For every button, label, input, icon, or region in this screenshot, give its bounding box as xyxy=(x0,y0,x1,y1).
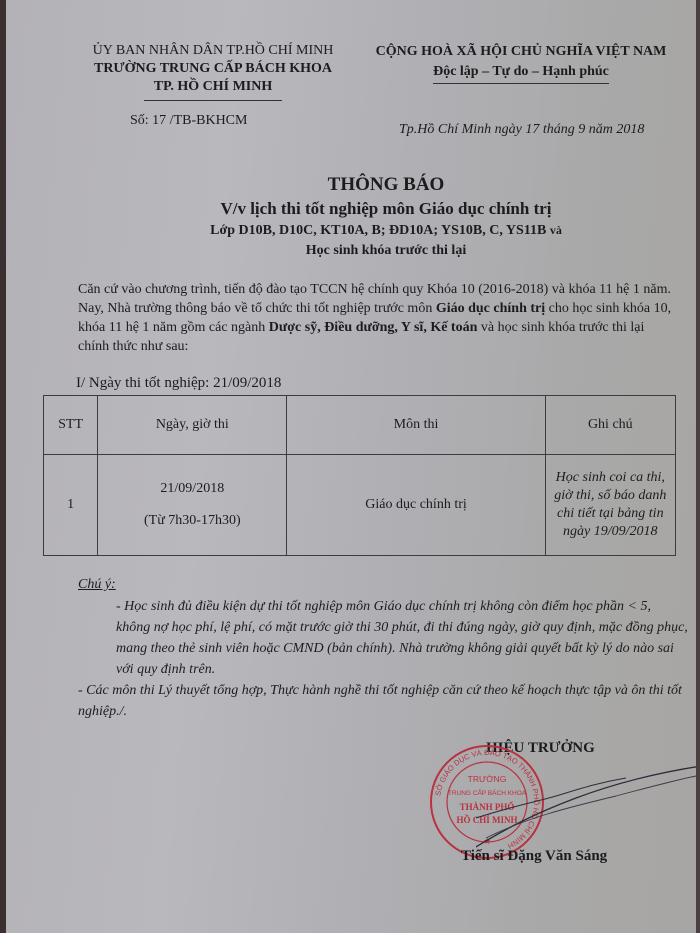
background-edge xyxy=(696,0,700,933)
notes-heading: Chú ý: xyxy=(78,577,116,593)
document-number: Số: 17 /TB-BKHCM xyxy=(130,113,247,129)
intro-paragraph: Căn cứ vào chương trình, tiến độ đào tạo… xyxy=(78,280,678,356)
header-stt: STT xyxy=(44,396,98,455)
exam-schedule-table: STT Ngày, giờ thi Môn thi Ghi chú 1 21/0… xyxy=(43,395,676,556)
notice-title-block: THÔNG BÁO V/v lịch thi tốt nghiệp môn Gi… xyxy=(156,172,616,261)
notice-students: Học sinh khóa trước thi lại xyxy=(156,241,616,261)
national-header: CỘNG HOÀ XÃ HỘI CHỦ NGHĨA VIỆT NAM Độc l… xyxy=(371,42,671,84)
header-subject: Môn thi xyxy=(287,396,545,455)
cell-stt: 1 xyxy=(44,455,98,556)
header-divider xyxy=(144,100,282,101)
national-motto: Độc lập – Tự do – Hạnh phúc xyxy=(433,62,609,84)
signer-name: Tiến sĩ Đặng Văn Sáng xyxy=(461,848,607,865)
place-date: Tp.Hồ Chí Minh ngày 17 tháng 9 năm 2018 xyxy=(399,122,644,138)
header-note: Ghi chú xyxy=(545,396,675,455)
table-row: 1 21/09/2018 (Từ 7h30-17h30) Giáo dục ch… xyxy=(44,455,676,556)
section-heading: I/ Ngày thi tốt nghiệp: 21/09/2018 xyxy=(76,375,281,392)
authority-name: ỦY BAN NHÂN DÂN TP.HỒ CHÍ MINH xyxy=(68,42,358,60)
document-page: ỦY BAN NHÂN DÂN TP.HỒ CHÍ MINH TRƯỜNG TR… xyxy=(6,0,696,933)
notice-title: THÔNG BÁO xyxy=(156,172,616,198)
exam-time: (Từ 7h30-17h30) xyxy=(99,511,285,531)
note-item: - Các môn thi Lý thuyết tổng hợp, Thực h… xyxy=(78,680,688,722)
notice-classes: Lớp D10B, D10C, KT10A, B; ĐD10A; YS10B, … xyxy=(156,220,616,241)
notice-subject: V/v lịch thi tốt nghiệp môn Giáo dục chí… xyxy=(156,198,616,220)
nation-name: CỘNG HOÀ XÃ HỘI CHỦ NGHĨA VIỆT NAM xyxy=(371,42,671,62)
notes-list: - Học sinh đủ điều kiện dự thi tốt nghiệ… xyxy=(78,596,688,722)
background-edge xyxy=(0,0,6,933)
note-item: - Học sinh đủ điều kiện dự thi tốt nghiệ… xyxy=(78,596,688,680)
exam-date: 21/09/2018 xyxy=(99,479,285,499)
cell-note: Học sinh coi ca thi, giờ thi, số báo dan… xyxy=(545,455,675,556)
table-header-row: STT Ngày, giờ thi Môn thi Ghi chú xyxy=(44,396,676,455)
cell-subject: Giáo dục chính trị xyxy=(287,455,545,556)
issuer-header: ỦY BAN NHÂN DÂN TP.HỒ CHÍ MINH TRƯỜNG TR… xyxy=(68,42,358,101)
school-name-line1: TRƯỜNG TRUNG CẤP BÁCH KHOA xyxy=(68,60,358,78)
school-name-line2: TP. HỒ CHÍ MINH xyxy=(68,78,358,96)
header-date-time: Ngày, giờ thi xyxy=(98,396,287,455)
cell-date-time: 21/09/2018 (Từ 7h30-17h30) xyxy=(98,455,287,556)
